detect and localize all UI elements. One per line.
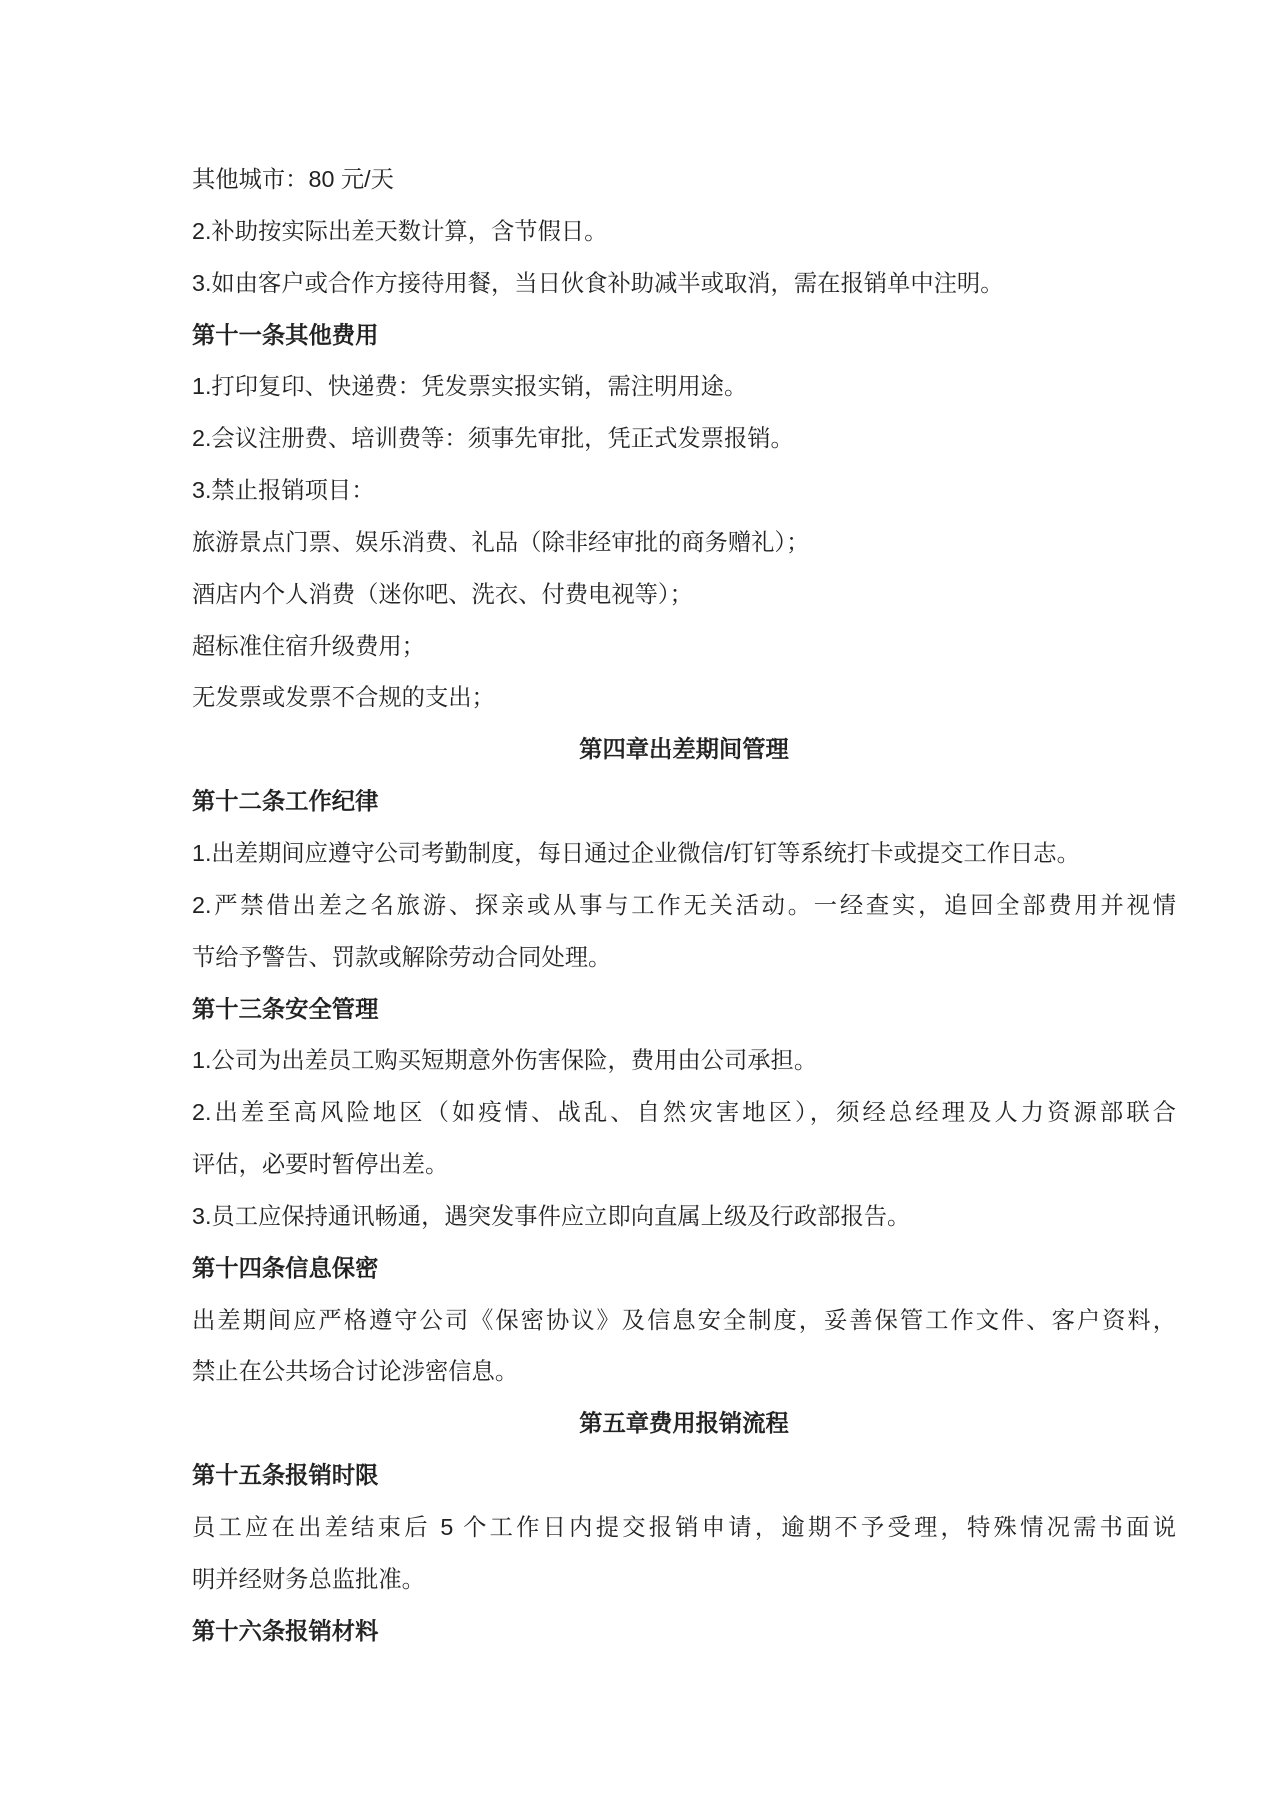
article-heading: 第十五条报销时限 — [192, 1450, 1176, 1502]
article-heading: 第十一条其他费用 — [192, 310, 1176, 362]
paragraph-line: 明并经财务总监批准。 — [192, 1554, 1176, 1606]
paragraph-line: 出差期间应严格遵守公司《保密协议》及信息安全制度，妥善保管工作文件、客户资料， — [192, 1295, 1176, 1347]
paragraph-line: 1.公司为出差员工购买短期意外伤害保险，费用由公司承担。 — [192, 1035, 1176, 1087]
paragraph-line: 旅游景点门票、娱乐消费、礼品（除非经审批的商务赠礼）； — [192, 517, 1176, 569]
chapter-heading: 第四章出差期间管理 — [192, 724, 1176, 776]
paragraph-line: 2.补助按实际出差天数计算，含节假日。 — [192, 206, 1176, 258]
document-content: 其他城市：80 元/天2.补助按实际出差天数计算，含节假日。3.如由客户或合作方… — [192, 154, 1176, 1657]
paragraph-line: 2.会议注册费、培训费等：须事先审批，凭正式发票报销。 — [192, 413, 1176, 465]
paragraph-line: 2.严禁借出差之名旅游、探亲或从事与工作无关活动。一经查实，追回全部费用并视情 — [192, 880, 1176, 932]
paragraph-line: 禁止在公共场合讨论涉密信息。 — [192, 1346, 1176, 1398]
paragraph-line: 其他城市：80 元/天 — [192, 154, 1176, 206]
paragraph-line: 评估，必要时暂停出差。 — [192, 1139, 1176, 1191]
paragraph-line: 酒店内个人消费（迷你吧、洗衣、付费电视等）； — [192, 569, 1176, 621]
article-heading: 第十六条报销材料 — [192, 1606, 1176, 1658]
paragraph-line: 节给予警告、罚款或解除劳动合同处理。 — [192, 932, 1176, 984]
document-page: 其他城市：80 元/天2.补助按实际出差天数计算，含节假日。3.如由客户或合作方… — [0, 0, 1280, 1811]
paragraph-line: 超标准住宿升级费用； — [192, 621, 1176, 673]
paragraph-line: 无发票或发票不合规的支出； — [192, 672, 1176, 724]
article-heading: 第十三条安全管理 — [192, 984, 1176, 1036]
article-heading: 第十二条工作纪律 — [192, 776, 1176, 828]
paragraph-line: 3.如由客户或合作方接待用餐，当日伙食补助减半或取消，需在报销单中注明。 — [192, 258, 1176, 310]
paragraph-line: 2.出差至高风险地区（如疫情、战乱、自然灾害地区），须经总经理及人力资源部联合 — [192, 1087, 1176, 1139]
paragraph-line: 1.出差期间应遵守公司考勤制度，每日通过企业微信/钉钉等系统打卡或提交工作日志。 — [192, 828, 1176, 880]
paragraph-line: 1.打印复印、快递费：凭发票实报实销，需注明用途。 — [192, 361, 1176, 413]
paragraph-line: 3.禁止报销项目： — [192, 465, 1176, 517]
article-heading: 第十四条信息保密 — [192, 1243, 1176, 1295]
paragraph-line: 员工应在出差结束后 5 个工作日内提交报销申请，逾期不予受理，特殊情况需书面说 — [192, 1502, 1176, 1554]
chapter-heading: 第五章费用报销流程 — [192, 1398, 1176, 1450]
paragraph-line: 3.员工应保持通讯畅通，遇突发事件应立即向直属上级及行政部报告。 — [192, 1191, 1176, 1243]
